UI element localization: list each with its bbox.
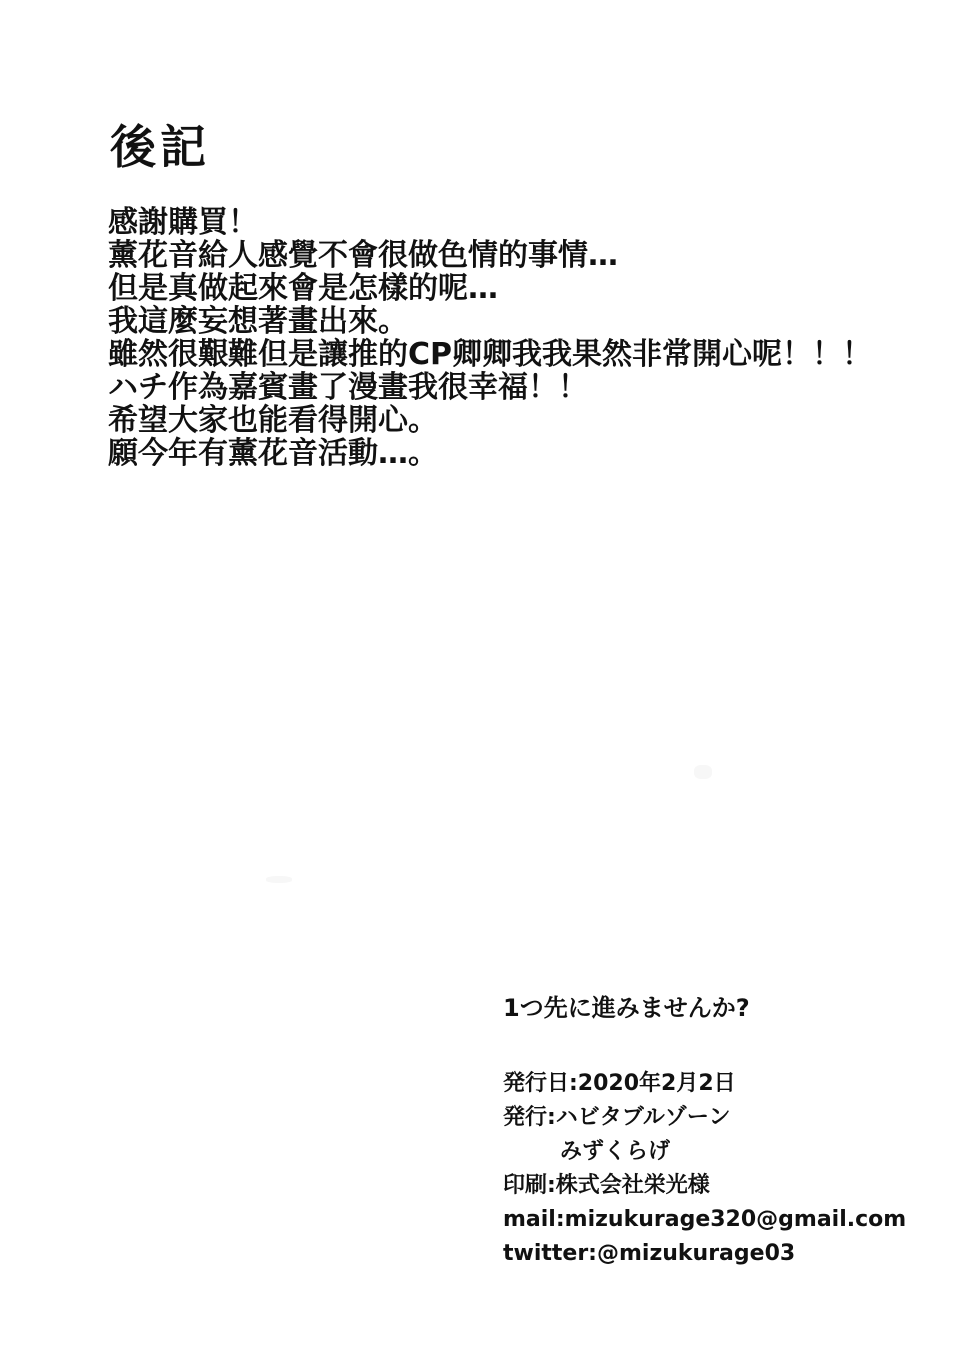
- afterword-body: 感謝購買！ 薰花音給人感覺不會很做色情的事情… 但是真做起來會是怎樣的呢… 我這…: [108, 206, 872, 470]
- afterword-line: 薰花音給人感覺不會很做色情的事情…: [108, 239, 872, 272]
- scan-artifact: [266, 876, 292, 883]
- afterword-line: ハチ作為嘉賓畫了漫畫我很幸福！！: [108, 371, 872, 404]
- printer-name: 印刷:株式会社栄光様: [503, 1175, 906, 1197]
- afterword-heading: 後記: [110, 120, 210, 175]
- afterword-page: 後記 感謝購買！ 薰花音給人感覺不會很做色情的事情… 但是真做起來會是怎樣的呢……: [0, 0, 965, 1365]
- afterword-line: 希望大家也能看得開心。: [108, 404, 872, 437]
- afterword-line: 感謝購買！: [108, 206, 872, 239]
- book-title: 1つ先に進みませんか?: [503, 988, 906, 1023]
- afterword-line: 但是真做起來會是怎樣的呢…: [108, 272, 872, 305]
- afterword-line: 我這麼妄想著畫出來。: [108, 305, 872, 338]
- contact-mail: mail:mizukurage320@gmail.com: [503, 1209, 906, 1231]
- afterword-line: 雖然很艱難但是讓推的CP卿卿我我果然非常開心呢！！！: [108, 338, 872, 371]
- contact-twitter: twitter:@mizukurage03: [503, 1243, 906, 1265]
- publisher-circle: 発行:ハビタブルゾーン: [503, 1107, 906, 1129]
- scan-artifact: [694, 765, 712, 779]
- colophon: 1つ先に進みませんか? 発行日:2020年2月2日 発行:ハビタブルゾーン みず…: [503, 988, 906, 1277]
- afterword-line: 願今年有薰花音活動…。: [108, 437, 872, 470]
- publication-date: 発行日:2020年2月2日: [503, 1073, 906, 1095]
- author-name: みずくらげ: [503, 1141, 906, 1163]
